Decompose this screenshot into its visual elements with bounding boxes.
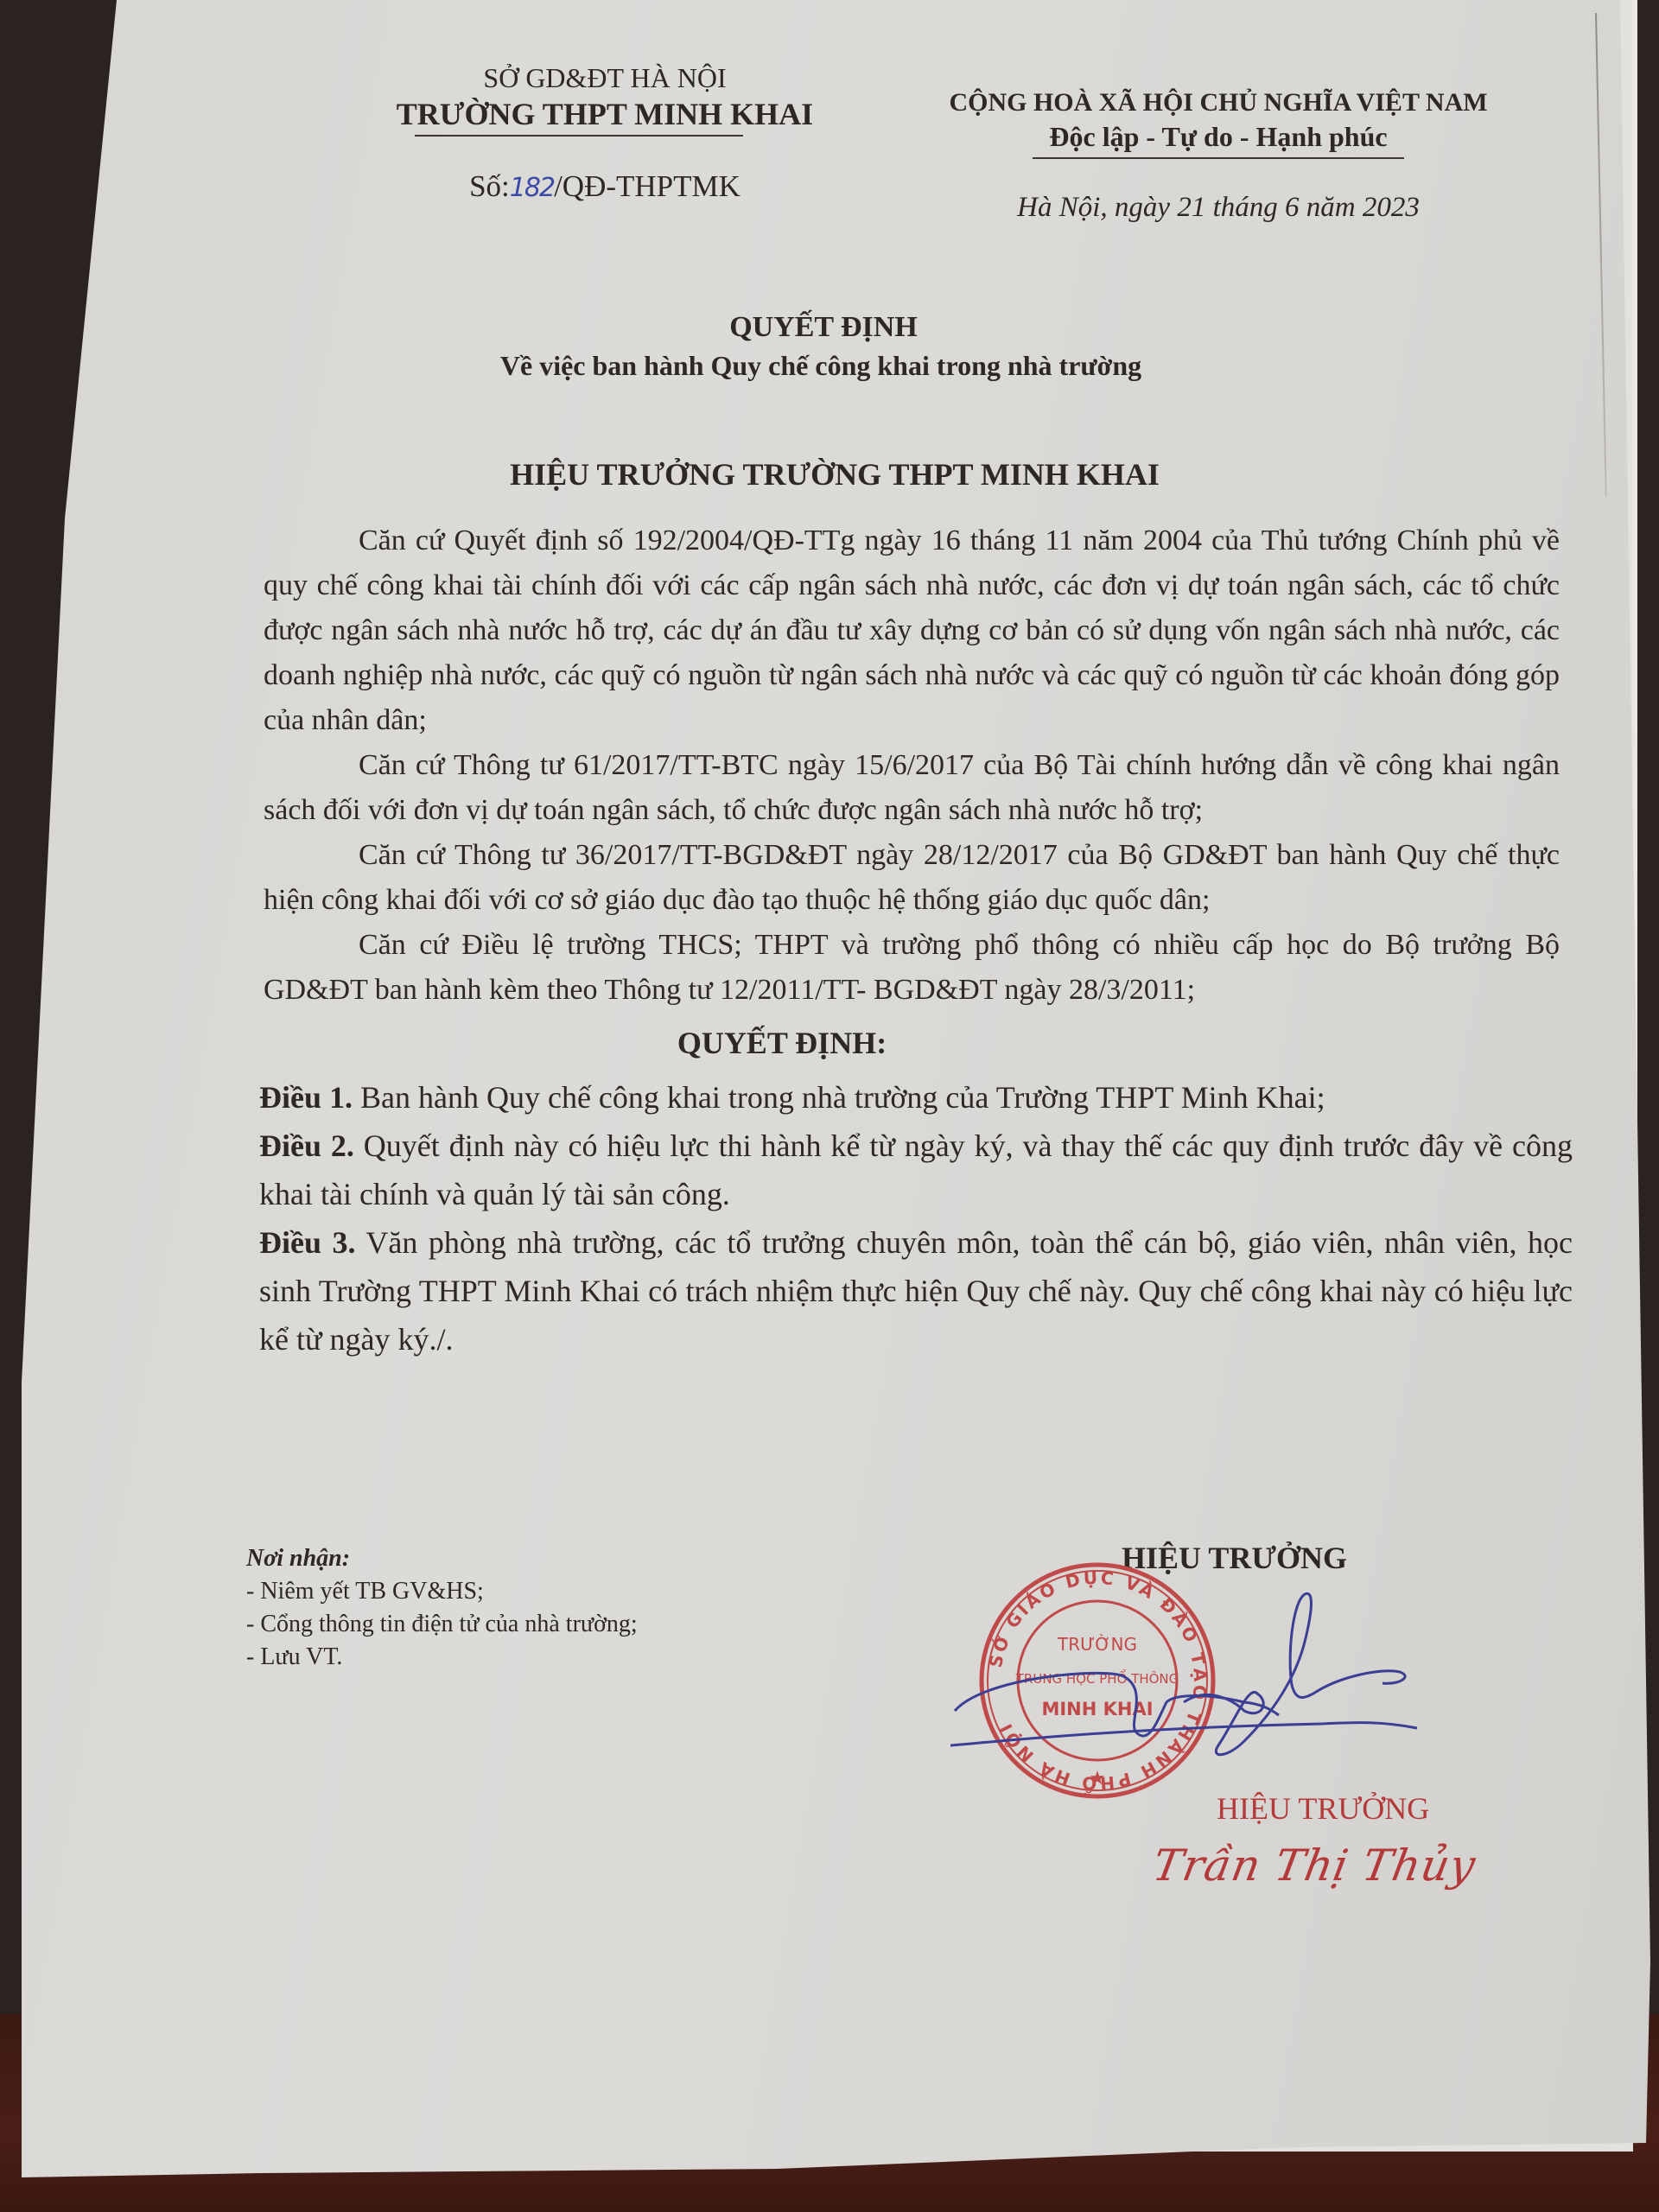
legal-basis-item: Căn cứ Quyết định số 192/2004/QĐ-TTg ngà… — [264, 518, 1560, 743]
article-text: Văn phòng nhà trường, các tổ trưởng chuy… — [259, 1225, 1573, 1357]
article-text: Ban hành Quy chế công khai trong nhà trư… — [353, 1080, 1325, 1115]
issuer-block: SỞ GD&ĐT HÀ NỘI TRƯỜNG THPT MINH KHAI Số… — [363, 60, 847, 204]
legal-basis-item: Căn cứ Điều lệ trường THCS; THPT và trườ… — [264, 923, 1560, 1013]
recipients-block: Nơi nhận: - Niêm yết TB GV&HS; - Cổng th… — [246, 1542, 638, 1674]
nation-name: CỘNG HOÀ XÃ HỘI CHỦ NGHĨA VIỆT NAM — [933, 86, 1503, 119]
decision-heading: QUYẾT ĐỊNH: — [0, 1025, 1611, 1061]
legal-basis-item: Căn cứ Thông tư 36/2017/TT-BGD&ĐT ngày 2… — [264, 833, 1560, 923]
document-number: Số:182/QĐ-THPTMK — [363, 169, 847, 204]
motto-underline — [1033, 157, 1404, 159]
header-underline — [415, 135, 743, 137]
national-motto: Độc lập - Tự do - Hạnh phúc — [933, 119, 1503, 154]
ref-suffix: /QĐ-THPTMK — [554, 169, 741, 203]
issuing-authority: HIỆU TRƯỞNG TRƯỜNG THPT MINH KHAI — [5, 456, 1659, 493]
name-stamp-title: HIỆU TRƯỞNG — [1217, 1790, 1429, 1827]
recipient-item: - Cổng thông tin điện tử của nhà trường; — [246, 1608, 638, 1641]
ref-prefix: Số: — [469, 169, 510, 203]
legal-basis-item: Căn cứ Thông tư 61/2017/TT-BTC ngày 15/6… — [264, 743, 1560, 833]
school-name: TRƯỜNG THPT MINH KHAI — [363, 95, 847, 133]
department-name: SỞ GD&ĐT HÀ NỘI — [363, 60, 847, 95]
handwritten-number: 182 — [510, 173, 554, 203]
article-text: Quyết định này có hiệu lực thi hành kể t… — [259, 1128, 1573, 1211]
article-item: Điều 1. Ban hành Quy chế công khai trong… — [259, 1073, 1573, 1122]
article-label: Điều 2. — [259, 1128, 354, 1163]
article-item: Điều 2. Quyết định này có hiệu lực thi h… — [259, 1122, 1573, 1218]
recipients-heading: Nơi nhận: — [246, 1542, 638, 1575]
legal-bases: Căn cứ Quyết định số 192/2004/QĐ-TTg ngà… — [264, 518, 1560, 1013]
article-item: Điều 3. Văn phòng nhà trường, các tổ trư… — [259, 1218, 1573, 1363]
seal-star-icon: ★ — [1089, 1767, 1106, 1789]
document-subject: Về việc ban hành Quy chế công khai trong… — [0, 350, 1650, 382]
recipient-item: - Niêm yết TB GV&HS; — [246, 1575, 638, 1608]
article-label: Điều 3. — [259, 1225, 356, 1260]
document-title: QUYẾT ĐỊNH — [0, 311, 1653, 344]
handwritten-signature-icon — [950, 1573, 1555, 1763]
articles: Điều 1. Ban hành Quy chế công khai trong… — [259, 1073, 1573, 1363]
date-line: Hà Nội, ngày 21 tháng 6 năm 2023 — [933, 192, 1503, 224]
signer-name-stamp: Trần Thị Thủy — [1149, 1840, 1480, 1891]
recipient-item: - Lưu VT. — [246, 1641, 638, 1674]
national-header: CỘNG HOÀ XÃ HỘI CHỦ NGHĨA VIỆT NAM Độc l… — [933, 86, 1503, 224]
article-label: Điều 1. — [259, 1080, 353, 1115]
